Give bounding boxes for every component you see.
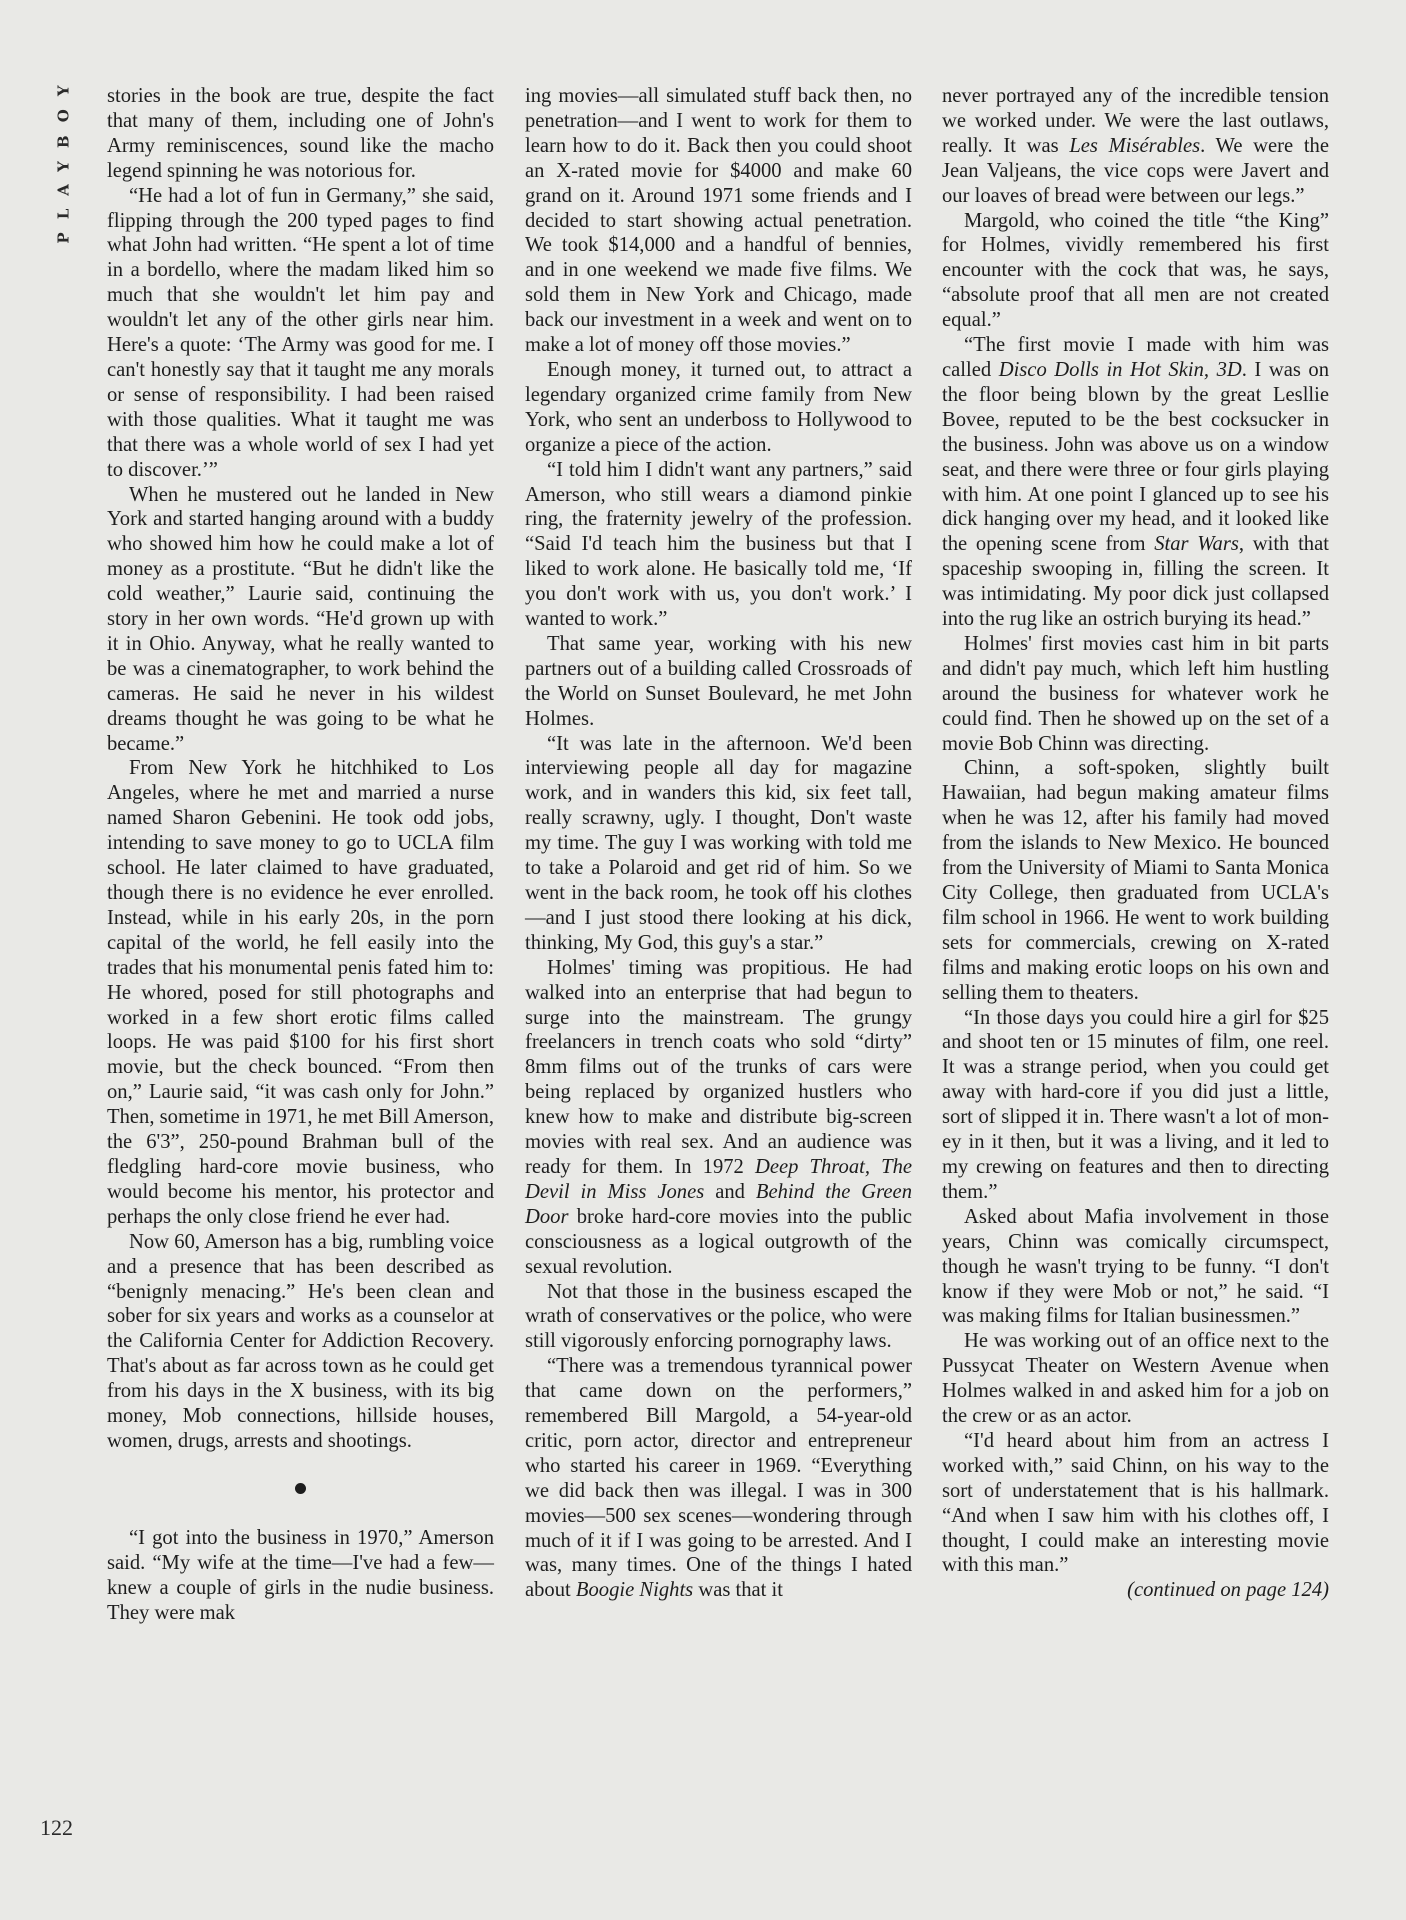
text-run: was that it <box>693 1579 783 1601</box>
paragraph: “I told him I didn't want any part­ners,… <box>525 458 912 632</box>
brand-label: PLAYBOY <box>55 72 73 243</box>
paragraph: “The first movie I made with him was cal… <box>942 333 1329 632</box>
film-title: Boogie Nights <box>576 1579 693 1601</box>
paragraph: Now 60, Amerson has a big, rumbling voic… <box>107 1230 494 1454</box>
paragraph: Margold, who coined the title “the King”… <box>942 209 1329 334</box>
text-run: . I was on the floor being blown by the … <box>942 359 1329 555</box>
film-title: Star Wars <box>1154 533 1239 555</box>
paragraph: Asked about Mafia involvement in those y… <box>942 1205 1329 1330</box>
continued-note: (continued on page 124) <box>942 1578 1329 1603</box>
paragraph: Not that those in the business es­caped … <box>525 1280 912 1355</box>
text-run: broke hard-core movies into the public c… <box>525 1206 912 1278</box>
paragraph: He was working out of an office next to … <box>942 1329 1329 1429</box>
text-run: “There was a tremendous tyrannical power… <box>525 1355 912 1601</box>
paragraph: “I got into the business in 1970,” Amers… <box>107 1526 494 1626</box>
page-number: 122 <box>40 1815 73 1841</box>
paragraph: When he mustered out he landed in New Yo… <box>107 483 494 757</box>
film-title: Deep Throat, <box>755 1156 870 1178</box>
paragraph: “It was late in the afternoon. We'd been… <box>525 732 912 956</box>
paragraph: That same year, working with his new par… <box>525 632 912 732</box>
paragraph: stories in the book are true, despite th… <box>107 84 494 184</box>
paragraph: never portrayed any of the incredible te… <box>942 84 1329 209</box>
magazine-page: PLAYBOY 122 stories in the book are true… <box>0 0 1406 1920</box>
film-title: Disco Dolls in Hot Skin, 3D <box>999 359 1242 381</box>
paragraph: “I'd heard about him from an actress I w… <box>942 1429 1329 1578</box>
paragraph: Chinn, a soft-spoken, slightly built Haw… <box>942 756 1329 1005</box>
paragraph: “In those days you could hire a girl for… <box>942 1006 1329 1205</box>
paragraph: From New York he hitchhiked to Los Angel… <box>107 756 494 1229</box>
bullet-dot-icon <box>295 1483 306 1494</box>
section-separator <box>107 1476 494 1500</box>
book-title: Les Misérables <box>1069 135 1200 157</box>
text-run: and <box>704 1181 756 1203</box>
paragraph: Enough money, it turned out, to at­tract… <box>525 358 912 458</box>
paragraph: ing movies—all simulated stuff back then… <box>525 84 912 358</box>
paragraph: Holmes' timing was propitious. He had wa… <box>525 956 912 1280</box>
article-column-1: stories in the book are true, despite th… <box>107 84 494 1625</box>
paragraph: “There was a tremendous tyrannical power… <box>525 1354 912 1603</box>
text-run: Holmes' timing was propitious. He had wa… <box>525 957 912 1153</box>
paragraph: “He had a lot of fun in Germany,” she sa… <box>107 184 494 483</box>
article-column-3: never portrayed any of the incredible te… <box>942 84 1329 1603</box>
paragraph: Holmes' first movies cast him in bit par… <box>942 632 1329 757</box>
playboy-vertical-tab: PLAYBOY <box>50 88 78 228</box>
article-column-2: ing movies—all simulated stuff back then… <box>525 84 912 1603</box>
